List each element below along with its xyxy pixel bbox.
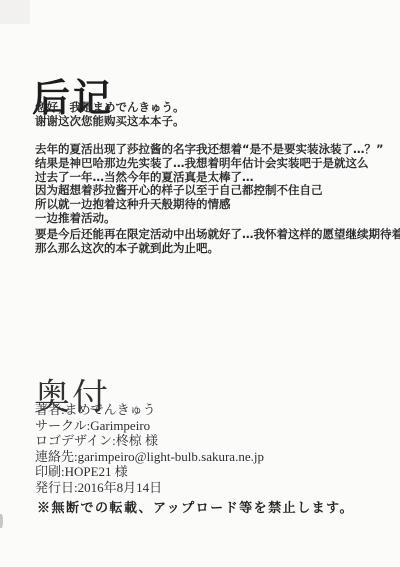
body-line: 去年的夏活出现了莎拉酱的名字我还想着“是不是要实装泳装了…？”: [35, 143, 384, 157]
scan-edge-artifact: [0, 514, 3, 528]
body-line: 要是今后还能再在限定活动中出场就好了…我怀着这样的愿望继续期待着: [35, 228, 400, 242]
body-line: 过去了一年…当然今年的夏活真是太棒了…: [35, 171, 384, 185]
colophon-credits: 著者:まめでんきゅう サークル:Garimpeiro ロゴデザイン:柊椋 様 連…: [35, 402, 264, 496]
greeting-line: 谢谢这次您能购买这本本子。: [35, 114, 185, 128]
body-line: 那么那么这次的本子就到此为止吧。: [35, 242, 400, 256]
body-line: 结果是神巴哈那边先实装了…我想着明年估计会实装吧于是就这么: [35, 157, 384, 171]
afterword-paragraph-1: 去年的夏活出现了莎拉酱的名字我还想着“是不是要实装泳装了…？” 结果是神巴哈那边…: [35, 143, 384, 226]
colophon-circle-line: サークル:Garimpeiro: [35, 418, 264, 434]
greeting-line: 您好，我是まめでんきゅう。: [35, 100, 185, 114]
scan-corner-artifact: [0, 0, 30, 24]
reproduction-prohibited-notice: ※無断での転載、アップロード等を禁止します。: [37, 500, 354, 516]
greeting-paragraph: 您好，我是まめでんきゅう。 谢谢这次您能购买这本本子。: [35, 100, 185, 128]
colophon-contact-line: 連絡先:garimpeiro@light-bulb.sakura.ne.jp: [35, 449, 264, 465]
afterword-paragraph-2: 要是今后还能再在限定活动中出场就好了…我怀着这样的愿望继续期待着 那么那么这次的…: [35, 228, 400, 256]
colophon-pubdate-line: 発行日:2016年8月14日: [35, 480, 264, 496]
colophon-printer-line: 印刷:HOPE21 様: [35, 464, 264, 480]
colophon-logodesign-line: ロゴデザイン:柊椋 様: [35, 433, 264, 449]
colophon-author-line: 著者:まめでんきゅう: [35, 402, 264, 418]
body-line: 一边推着活动。: [35, 212, 384, 226]
body-line: 所以就一边抱着这种升天般期待的情感: [35, 198, 384, 212]
scanned-afterword-page: 后记 您好，我是まめでんきゅう。 谢谢这次您能购买这本本子。 去年的夏活出现了莎…: [0, 0, 400, 567]
body-line: 因为超想着莎拉酱开心的样子以至于自己都控制不住自己: [35, 184, 384, 198]
